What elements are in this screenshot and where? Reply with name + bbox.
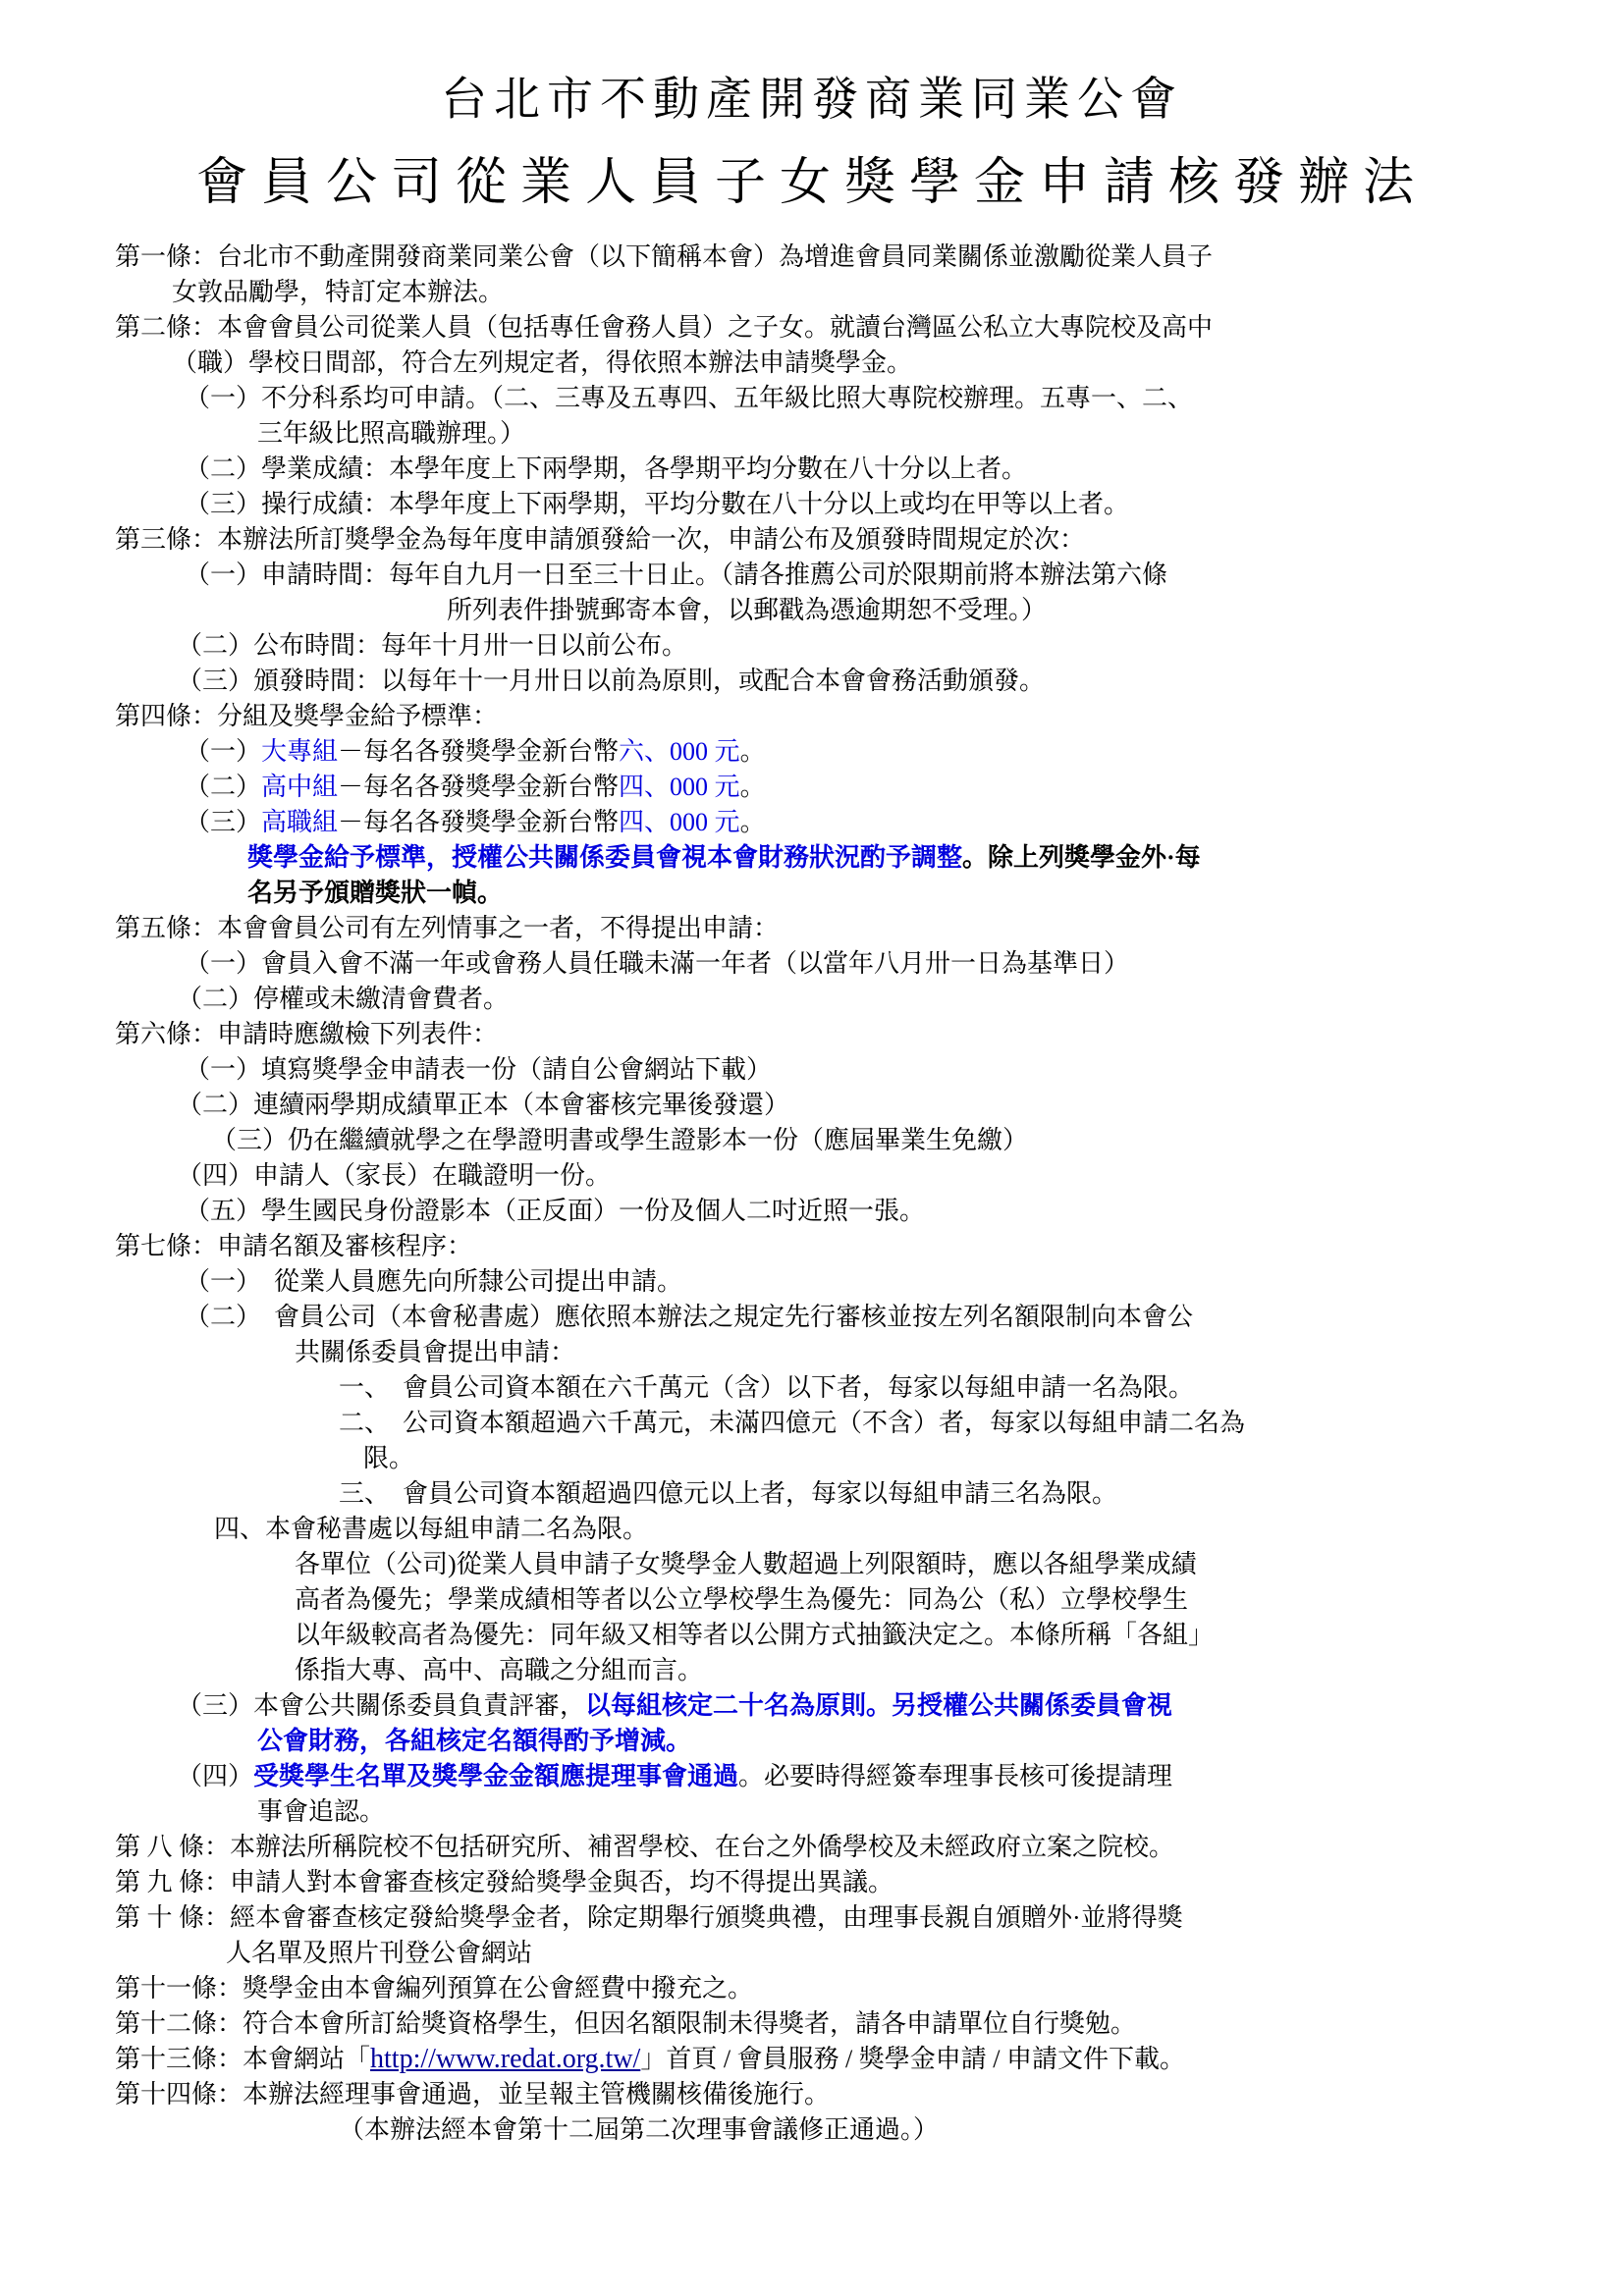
- doc-text-segment: 事會追認。: [257, 1797, 385, 1826]
- website-link[interactable]: http://www.redat.org.tw/: [370, 2044, 640, 2074]
- doc-line: 高者為優先；學業成績相等者以公立學校學生為優先：同為公（私）立學校學生: [295, 1582, 1624, 1618]
- doc-text-segment: 第 九 條：申請人對本會審查核定發給獎學金與否，均不得提出異議。: [115, 1868, 893, 1896]
- doc-text-segment: 高職組: [261, 808, 338, 836]
- doc-text-segment: 。除上列獎學金外·每: [962, 843, 1201, 872]
- doc-text-segment: （三）仍在繼續就學之在學證明書或學生證影本一份（應屆畢業生免繳）: [211, 1126, 1028, 1154]
- doc-line: 第 十 條：經本會審查核定發給獎學金者，除定期舉行頒獎典禮，由理事長親自頒贈外·…: [115, 1900, 1624, 1936]
- doc-line: （二） 會員公司（本會秘書處）應依照本辦法之規定先行審核並按左列名額限制向本會公: [185, 1300, 1624, 1335]
- doc-text-segment: 名另予頒贈獎狀一幀。: [247, 879, 503, 907]
- doc-line: 第三條：本辦法所訂獎學金為每年度申請頒發給一次，申請公布及頒發時間規定於次：: [115, 522, 1624, 558]
- doc-text-segment: 限。: [363, 1444, 414, 1472]
- doc-text-segment: （三）: [185, 808, 261, 836]
- doc-text-segment: 第十四條：本辦法經理事會通過，並呈報主管機關核備後施行。: [115, 2080, 830, 2109]
- doc-text-segment: （三）頒發時間：以每年十一月卅日以前為原則，或配合本會會務活動頒發。: [177, 667, 1045, 695]
- doc-text-segment: 第十一條：獎學金由本會編列預算在公會經費中撥充之。: [115, 1974, 753, 2002]
- doc-text-segment: －每名各發獎學金新台幣: [338, 808, 619, 836]
- doc-text-segment: 第一條：台北市不動產開發商業同業公會（以下簡稱本會）為增進會員同業關係並激勵從業…: [115, 242, 1213, 271]
- doc-line: （一）申請時間：每年自九月一日至三十日止。（請各推薦公司於限期前將本辦法第六條: [185, 558, 1624, 593]
- doc-text-segment: 大專組: [261, 737, 338, 766]
- doc-line: （二）學業成績：本學年度上下兩學期，各學期平均分數在八十分以上者。: [185, 452, 1624, 487]
- doc-line: （職）學校日間部，符合左列規定者，得依照本辦法申請獎學金。: [172, 346, 1624, 381]
- doc-text-segment: 公會財務，各組核定名額得酌予增減。: [257, 1727, 691, 1755]
- doc-text-segment: （二）學業成績：本學年度上下兩學期，各學期平均分數在八十分以上者。: [185, 454, 1027, 483]
- document-title-line1: 台北市不動產開發商業同業公會: [0, 0, 1624, 129]
- doc-line: （三）仍在繼續就學之在學證明書或學生證影本一份（應屆畢業生免繳）: [211, 1123, 1624, 1158]
- doc-text-segment: 獎學金給予標準，授權公共關係委員會視本會財務狀況酌予調整: [247, 843, 962, 872]
- doc-line: 公會財務，各組核定名額得酌予增減。: [257, 1724, 1624, 1759]
- doc-text-segment: 二、 公司資本額超過六千萬元，未滿四億元（不含）者，每家以每組申請二名為: [339, 1409, 1245, 1437]
- doc-text-segment: 受獎學生名單及獎學金金額應提理事會通過: [253, 1762, 738, 1790]
- doc-line: （三）高職組－每名各發獎學金新台幣四、000 元。: [185, 805, 1624, 840]
- doc-text-segment: 高中組: [261, 773, 338, 801]
- doc-line: 共關係委員會提出申請：: [295, 1335, 1624, 1370]
- document-page: 台北市不動產開發商業同業公會 會員公司從業人員子女獎學金申請核發辦法 第一條：台…: [0, 0, 1624, 2296]
- doc-line: （二）連續兩學期成績單正本（本會審核完畢後發還）: [177, 1088, 1624, 1123]
- doc-text-segment: 人名單及照片刊登公會網站: [226, 1939, 532, 1967]
- doc-line: （四）受獎學生名單及獎學金金額應提理事會通過。必要時得經簽奉理事長核可後提請理: [177, 1759, 1624, 1794]
- doc-text-segment: （一）: [185, 737, 261, 766]
- doc-text-segment: 。: [740, 808, 766, 836]
- doc-line: 二、 公司資本額超過六千萬元，未滿四億元（不含）者，每家以每組申請二名為: [339, 1406, 1624, 1441]
- doc-text-segment: 第五條：本會會員公司有左列情事之一者，不得提出申請：: [115, 914, 779, 942]
- doc-line: （一）不分科系均可申請。（二、三專及五專四、五年級比照大專院校辦理。五專一、二、: [185, 381, 1624, 416]
- doc-line: （二）高中組－每名各發獎學金新台幣四、000 元。: [185, 770, 1624, 805]
- doc-line: 第二條：本會會員公司從業人員（包括專任會務人員）之子女。就讀台灣區公私立大專院校…: [115, 310, 1624, 346]
- doc-line: （五）學生國民身份證影本（正反面）一份及個人二吋近照一張。: [185, 1194, 1624, 1229]
- doc-line: 第 九 條：申請人對本會審查核定發給獎學金與否，均不得提出異議。: [115, 1865, 1624, 1900]
- document-body: 第一條：台北市不動產開發商業同業公會（以下簡稱本會）為增進會員同業關係並激勵從業…: [0, 240, 1624, 2148]
- doc-text-segment: －每名各發獎學金新台幣: [338, 773, 619, 801]
- doc-line: （一） 從業人員應先向所隸公司提出申請。: [185, 1264, 1624, 1300]
- doc-text-segment: （本辦法經本會第十二屆第二次理事會議修正通過。）: [339, 2115, 939, 2144]
- doc-text-segment: （一）會員入會不滿一年或會務人員任職未滿一年者（以當年八月卅一日為基準日）: [185, 949, 1129, 978]
- doc-line: 人名單及照片刊登公會網站: [226, 1936, 1624, 1971]
- doc-text-segment: 第七條：申請名額及審核程序：: [115, 1232, 472, 1260]
- doc-line: 三、 會員公司資本額超過四億元以上者，每家以每組申請三名為限。: [339, 1476, 1624, 1512]
- doc-line: 第十一條：獎學金由本會編列預算在公會經費中撥充之。: [115, 1971, 1624, 2006]
- document-title-line2: 會員公司從業人員子女獎學金申請核發辦法: [0, 129, 1624, 214]
- doc-line: （二）停權或未繳清會費者。: [177, 982, 1624, 1017]
- doc-text-segment: （二）公布時間：每年十月卅一日以前公布。: [177, 631, 687, 660]
- doc-line: 事會追認。: [257, 1794, 1624, 1830]
- doc-line: 第十二條：符合本會所訂給獎資格學生，但因名額限制未得獎者，請各申請單位自行獎勉。: [115, 2006, 1624, 2042]
- doc-text-segment: （二）連續兩學期成績單正本（本會審核完畢後發還）: [177, 1091, 789, 1119]
- doc-text-segment: （三）操行成績：本學年度上下兩學期，平均分數在八十分以上或均在甲等以上者。: [185, 490, 1129, 518]
- doc-text-segment: （二） 會員公司（本會秘書處）應依照本辦法之規定先行審核並按左列名額限制向本會公: [185, 1303, 1193, 1331]
- doc-text-segment: 第四條：分組及獎學金給予標準：: [115, 702, 498, 730]
- doc-line: 女敦品勵學，特訂定本辦法。: [172, 275, 1624, 310]
- doc-line: （一）會員入會不滿一年或會務人員任職未滿一年者（以當年八月卅一日為基準日）: [185, 946, 1624, 982]
- doc-text-segment: 。必要時得經簽奉理事長核可後提請理: [738, 1762, 1172, 1790]
- doc-text-segment: （二）: [185, 773, 261, 801]
- doc-text-segment: （二）停權或未繳清會費者。: [177, 985, 509, 1013]
- doc-text-segment: 第十三條：本會網站「: [115, 2045, 370, 2073]
- doc-text-segment: 三、 會員公司資本額超過四億元以上者，每家以每組申請三名為限。: [339, 1479, 1117, 1508]
- doc-line: （三）本會公共關係委員負責評審，以每組核定二十名為原則。另授權公共關係委員會視: [177, 1688, 1624, 1724]
- doc-line: 係指大專、高中、高職之分組而言。: [295, 1653, 1624, 1688]
- doc-text-segment: 。: [740, 773, 766, 801]
- doc-line: 一、 會員公司資本額在六千萬元（含）以下者，每家以每組申請一名為限。: [339, 1370, 1624, 1406]
- doc-text-segment: （一）申請時間：每年自九月一日至三十日止。（請各推薦公司於限期前將本辦法第六條: [185, 561, 1167, 589]
- doc-text-segment: 共關係委員會提出申請：: [295, 1338, 575, 1366]
- doc-text-segment: 各單位（公司)從業人員申請子女獎學金人數超過上列限額時，應以各組學業成績: [295, 1550, 1197, 1578]
- doc-line: 第六條：申請時應繳檢下列表件：: [115, 1017, 1624, 1052]
- doc-line: 以年級較高者為優先：同年級又相等者以公開方式抽籤決定之。本條所稱「各組」: [295, 1618, 1624, 1653]
- doc-text-segment: （四）: [177, 1762, 253, 1790]
- doc-text-segment: 係指大專、高中、高職之分組而言。: [295, 1656, 703, 1684]
- doc-line: 第七條：申請名額及審核程序：: [115, 1229, 1624, 1264]
- doc-line: 第 八 條：本辦法所稱院校不包括研究所、補習學校、在台之外僑學校及未經政府立案之…: [115, 1830, 1624, 1865]
- doc-line: （本辦法經本會第十二屆第二次理事會議修正通過。）: [339, 2112, 1624, 2148]
- doc-text-segment: 第 八 條：本辦法所稱院校不包括研究所、補習學校、在台之外僑學校及未經政府立案之…: [115, 1833, 1174, 1861]
- doc-line: 三年級比照高職辦理。）: [257, 416, 1624, 452]
- doc-line: （三）操行成績：本學年度上下兩學期，平均分數在八十分以上或均在甲等以上者。: [185, 487, 1624, 522]
- doc-text-segment: （四）申請人（家長）在職證明一份。: [177, 1161, 611, 1190]
- doc-text-segment: 四、000 元: [619, 808, 740, 836]
- doc-text-segment: （職）學校日間部，符合左列規定者，得依照本辦法申請獎學金。: [172, 348, 912, 377]
- doc-line: 第四條：分組及獎學金給予標準：: [115, 699, 1624, 734]
- doc-line: （四）申請人（家長）在職證明一份。: [177, 1158, 1624, 1194]
- doc-text-segment: （一）不分科系均可申請。（二、三專及五專四、五年級比照大專院校辦理。五專一、二、: [185, 384, 1193, 412]
- doc-text-segment: 四、本會秘書處以每組申請二名為限。: [214, 1515, 648, 1543]
- doc-line: （一）大專組－每名各發獎學金新台幣六、000 元。: [185, 734, 1624, 770]
- doc-text-segment: 六、000 元: [619, 737, 740, 766]
- doc-text-segment: 女敦品勵學，特訂定本辦法。: [172, 278, 504, 306]
- doc-line: 所列表件掛號郵寄本會，以郵戳為憑逾期恕不受理。）: [447, 593, 1624, 628]
- doc-text-segment: 一、 會員公司資本額在六千萬元（含）以下者，每家以每組申請一名為限。: [339, 1373, 1194, 1402]
- doc-text-segment: 四、000 元: [619, 773, 740, 801]
- doc-line: 獎學金給予標準，授權公共關係委員會視本會財務狀況酌予調整。除上列獎學金外·每: [247, 840, 1624, 876]
- doc-text-segment: 第三條：本辦法所訂獎學金為每年度申請頒發給一次，申請公布及頒發時間規定於次：: [115, 525, 1085, 554]
- doc-text-segment: 第 十 條：經本會審查核定發給獎學金者，除定期舉行頒獎典禮，由理事長親自頒贈外·…: [115, 1903, 1183, 1932]
- doc-line: 第十四條：本辦法經理事會通過，並呈報主管機關核備後施行。: [115, 2077, 1624, 2112]
- doc-text-segment: 高者為優先；學業成績相等者以公立學校學生為優先：同為公（私）立學校學生: [295, 1585, 1188, 1614]
- doc-text-segment: （一） 從業人員應先向所隸公司提出申請。: [185, 1267, 682, 1296]
- doc-line: （三）頒發時間：以每年十一月卅日以前為原則，或配合本會會務活動頒發。: [177, 664, 1624, 699]
- doc-text-segment: 以年級較高者為優先：同年級又相等者以公開方式抽籤決定之。本條所稱「各組」: [295, 1621, 1214, 1649]
- doc-line: 限。: [363, 1441, 1624, 1476]
- doc-line: 各單位（公司)從業人員申請子女獎學金人數超過上列限額時，應以各組學業成績: [295, 1547, 1624, 1582]
- doc-line: 名另予頒贈獎狀一幀。: [247, 876, 1624, 911]
- doc-text-segment: 。: [740, 737, 766, 766]
- doc-text-segment: （一）填寫獎學金申請表一份（請自公會網站下載）: [185, 1055, 772, 1084]
- doc-text-segment: 」首頁 / 會員服務 / 獎學金申請 / 申請文件下載。: [640, 2045, 1185, 2073]
- doc-line: 四、本會秘書處以每組申請二名為限。: [214, 1512, 1624, 1547]
- doc-text-segment: 所列表件掛號郵寄本會，以郵戳為憑逾期恕不受理。）: [447, 596, 1047, 624]
- doc-text-segment: 以每組核定二十名為原則。另授權公共關係委員會視: [585, 1691, 1172, 1720]
- doc-text-segment: 三年級比照高職辦理。）: [257, 419, 525, 448]
- doc-text-segment: 第十二條：符合本會所訂給獎資格學生，但因名額限制未得獎者，請各申請單位自行獎勉。: [115, 2009, 1136, 2038]
- doc-text-segment: （五）學生國民身份證影本（正反面）一份及個人二吋近照一張。: [185, 1197, 925, 1225]
- doc-text-segment: 第六條：申請時應繳檢下列表件：: [115, 1020, 498, 1048]
- doc-line: （二）公布時間：每年十月卅一日以前公布。: [177, 628, 1624, 664]
- doc-text-segment: 第二條：本會會員公司從業人員（包括專任會務人員）之子女。就讀台灣區公私立大專院校…: [115, 313, 1213, 342]
- doc-line: （一）填寫獎學金申請表一份（請自公會網站下載）: [185, 1052, 1624, 1088]
- doc-text-segment: －每名各發獎學金新台幣: [338, 737, 619, 766]
- doc-text-segment: （三）本會公共關係委員負責評審，: [177, 1691, 585, 1720]
- doc-line: 第十三條：本會網站「http://www.redat.org.tw/」首頁 / …: [115, 2042, 1624, 2077]
- doc-line: 第五條：本會會員公司有左列情事之一者，不得提出申請：: [115, 911, 1624, 946]
- doc-line: 第一條：台北市不動產開發商業同業公會（以下簡稱本會）為增進會員同業關係並激勵從業…: [115, 240, 1624, 275]
